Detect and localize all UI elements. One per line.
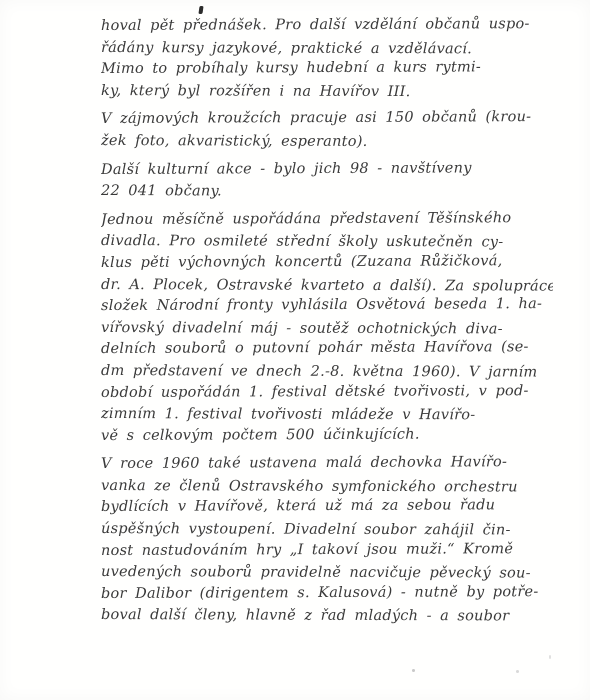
paragraph: V roce 1960 také ustavena malá dechovka …	[101, 454, 553, 627]
paragraph: V zájmových kroužcích pracuje asi 150 ob…	[101, 109, 553, 152]
text-line: klus pěti výchovných koncertů (Zuzana Rů…	[101, 251, 553, 275]
handwritten-text-block: hoval pět přednášek. Pro další vzdělání …	[101, 16, 553, 634]
text-line: nost nastudováním hry „I takoví jsou muž…	[101, 539, 553, 563]
ink-blot-mark	[198, 6, 203, 14]
text-line: ky, který byl rozšířen i na Havířov III.	[101, 81, 553, 104]
text-line: Další kulturní akce - bylo jich 98 - nav…	[101, 158, 553, 182]
paragraph: Jednou měsíčně uspořádána představení Tě…	[101, 210, 553, 448]
text-line: složek Národní fronty vyhlásila Osvětová…	[101, 294, 553, 318]
text-line: bydlících v Havířově, která už má za seb…	[101, 495, 553, 519]
text-line: Mimo to probíhaly kursy hudební a kurs r…	[101, 57, 553, 81]
text-line: boval další členy, hlavně z řad mladých …	[101, 605, 553, 628]
scan-speck	[412, 669, 415, 672]
text-line: vě s celkovým počtem 500 účinkujících.	[101, 424, 553, 448]
text-line: V zájmových kroužcích pracuje asi 150 ob…	[101, 107, 553, 131]
scan-speck	[516, 670, 519, 673]
text-line: 22 041 občany.	[101, 181, 553, 204]
text-line: období uspořádán 1. festival dětské tvoř…	[101, 381, 553, 405]
paragraph: Další kulturní akce - bylo jich 98 - nav…	[101, 160, 553, 203]
text-line: Jednou měsíčně uspořádána představení Tě…	[101, 208, 553, 232]
text-line: hoval pět přednášek. Pro další vzdělání …	[101, 14, 553, 38]
text-line: bor Dalibor (dirigentem s. Kalusová) - n…	[101, 582, 553, 606]
paragraph: hoval pět přednášek. Pro další vzdělání …	[101, 16, 553, 102]
scan-speck	[549, 655, 551, 659]
text-line: delních souborů o putovní pohár města Ha…	[101, 337, 553, 361]
text-line: V roce 1960 také ustavena malá dechovka …	[101, 452, 553, 476]
text-line: žek foto, akvaristický, esperanto).	[101, 131, 553, 154]
document-page: hoval pět přednášek. Pro další vzdělání …	[0, 0, 590, 700]
